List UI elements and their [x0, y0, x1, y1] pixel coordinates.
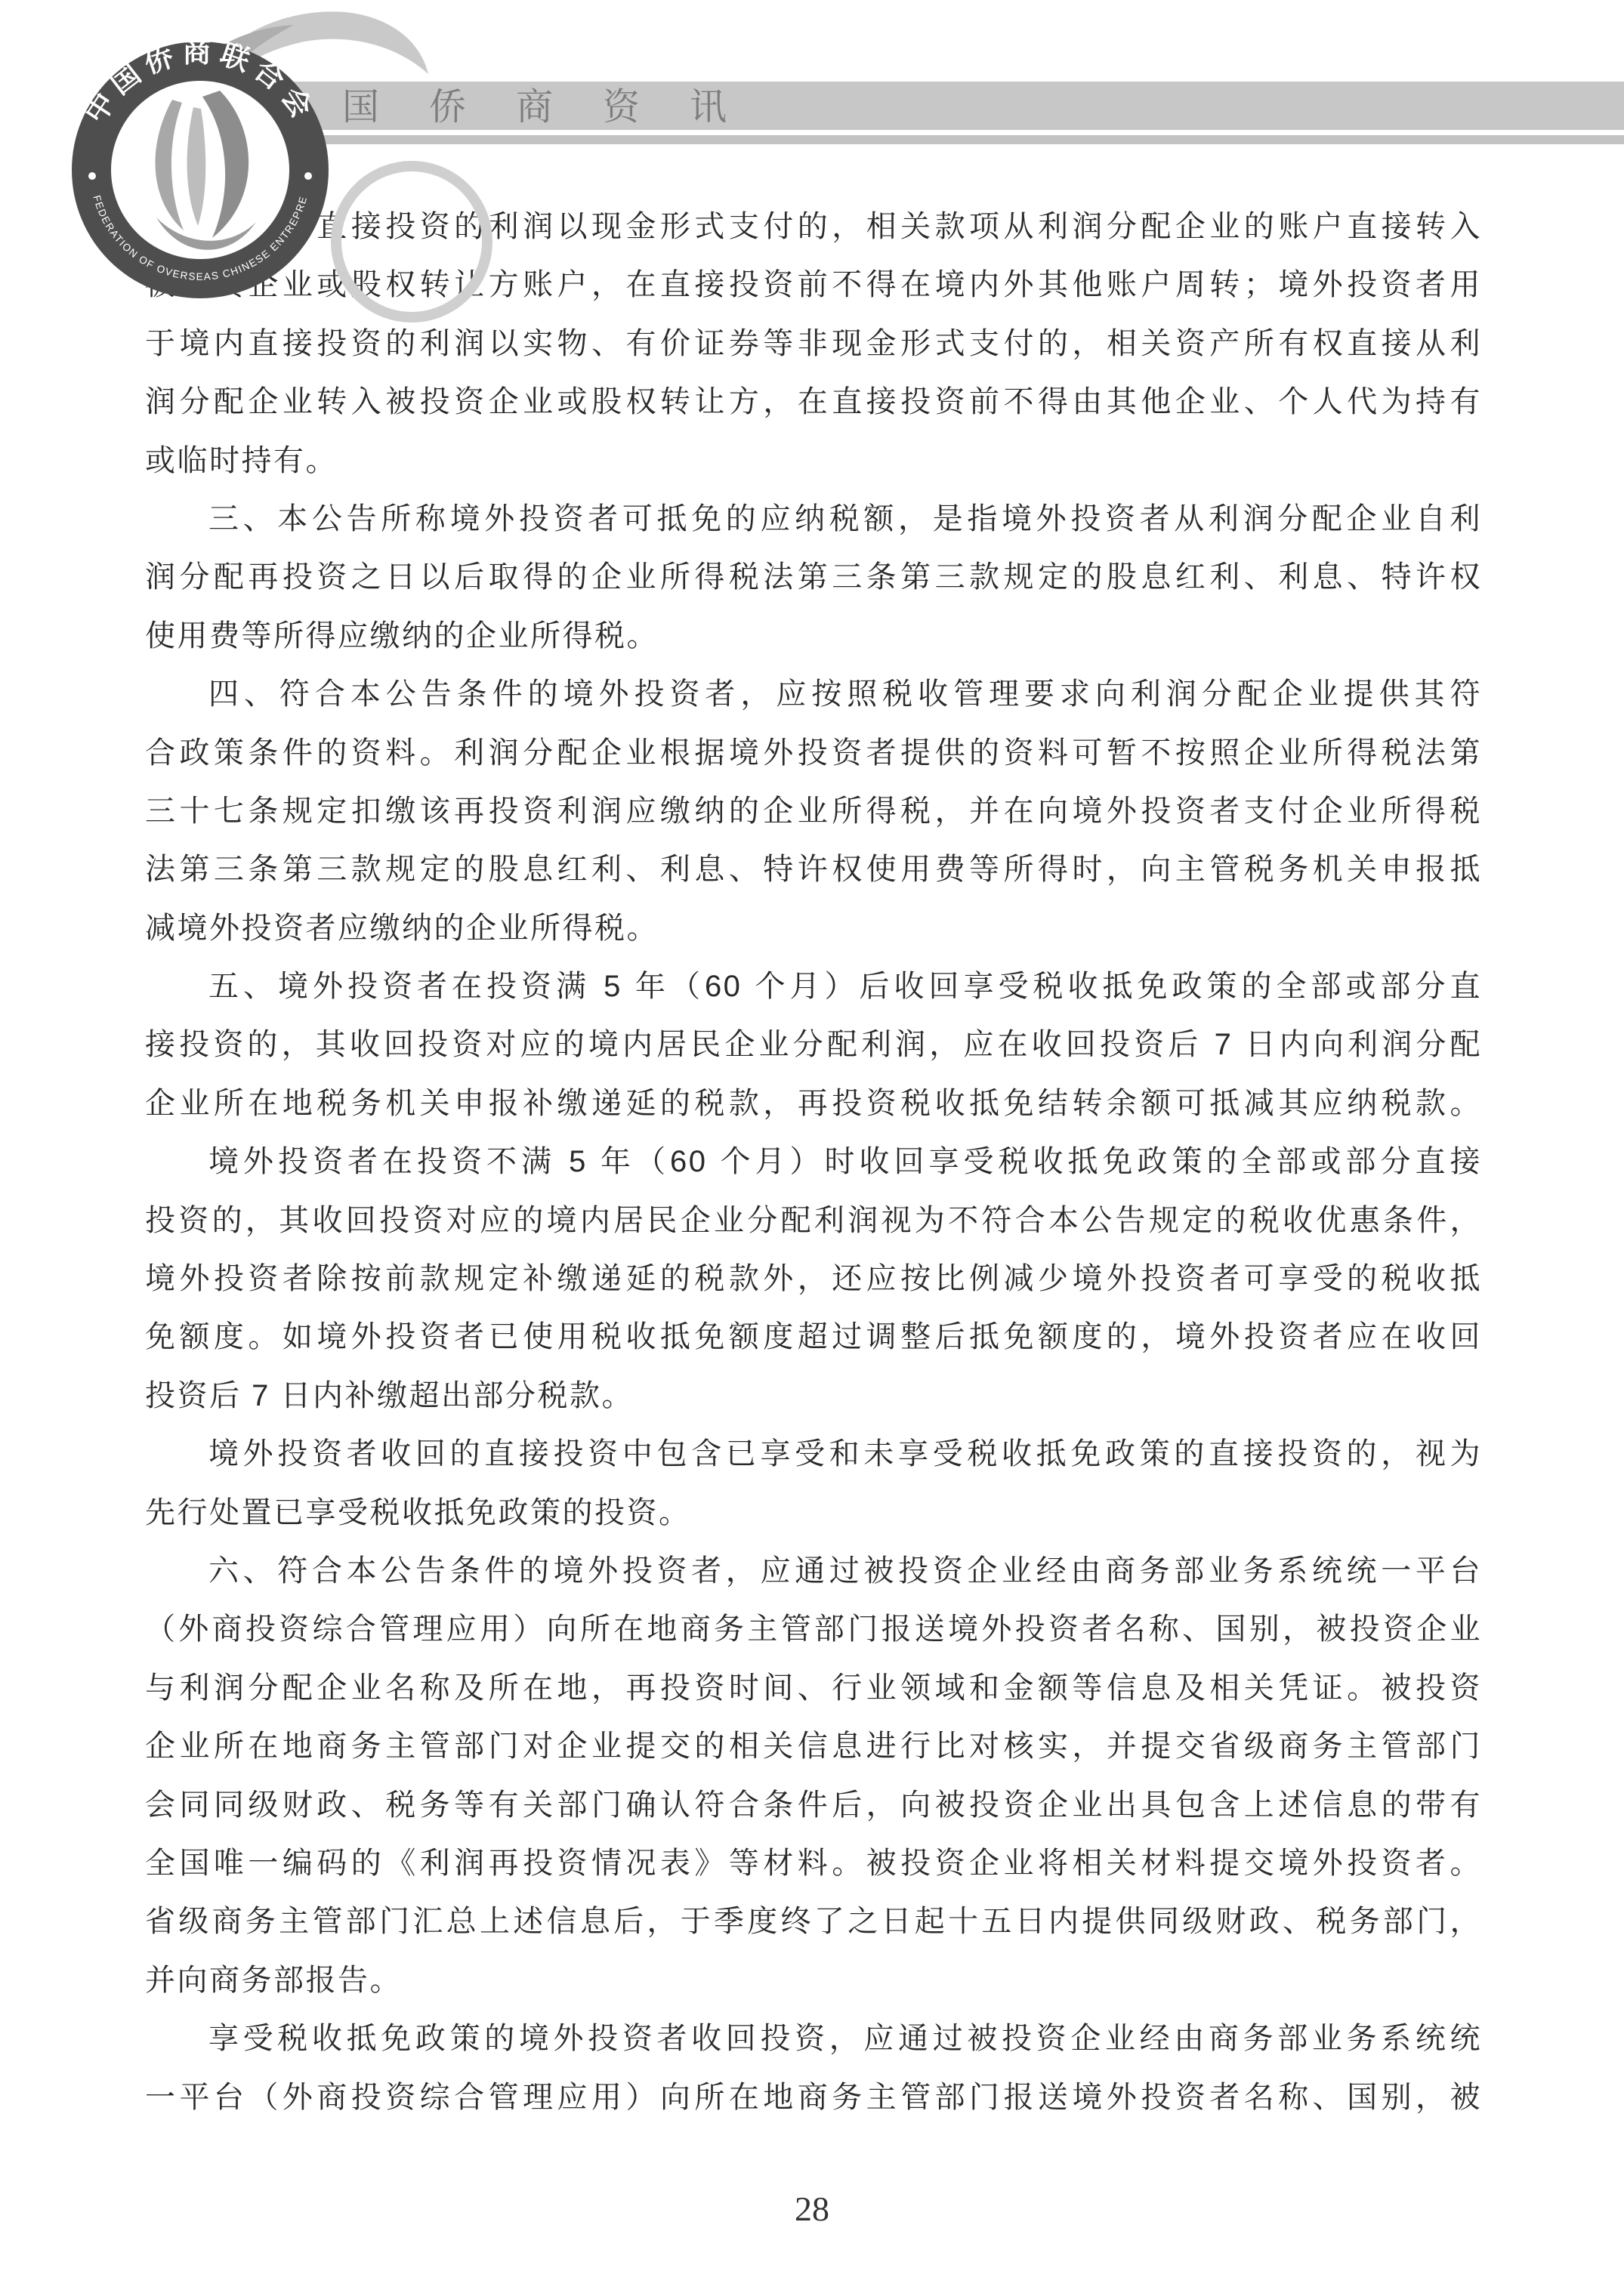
body-text: 者用于境内直接投资的利润以现金形式支付的，相关款项从利润分配企业的账户直接转入被… [145, 198, 1482, 2127]
document-page: 中国侨商资讯 中国侨商联合会 CHINA FEDERATION OF OVERS… [0, 0, 1624, 2293]
logo-dot-icon [88, 172, 96, 180]
text-line: 润分配再投资之日以后取得的企业所得税法第三条第三款规定的股息红利、利息、特许权 [145, 548, 1482, 606]
text-line: 境外投资者除按前款规定补缴递延的税款外，还应按比例减少境外投资者可享受的税收抵 [145, 1250, 1482, 1308]
text-line: 三十七条规定扣缴该再投资利润应缴纳的企业所得税，并在向境外投资者支付企业所得税 [145, 782, 1482, 841]
text-line: 五、境外投资者在投资满 5 年（60 个月）后收回享受税收抵免政策的全部或部分直 [145, 958, 1482, 1016]
text-line: 润分配企业转入被投资企业或股权转让方，在直接投资前不得由其他企业、个人代为持有 [145, 373, 1482, 431]
text-line: 与利润分配企业名称及所在地，再投资时间、行业领域和金额等信息及相关凭证。被投资 [145, 1659, 1482, 1717]
text-line: 法第三条第三款规定的股息红利、利息、特许权使用费等所得时，向主管税务机关申报抵 [145, 841, 1482, 899]
text-line: 省级商务主管部门汇总上述信息后，于季度终了之日起十五日内提供同级财政、税务部门， [145, 1893, 1482, 1951]
text-line: 一平台（外商投资综合管理应用）向所在地商务主管部门报送境外投资者名称、国别，被 [145, 2069, 1482, 2127]
text-line: 并向商务部报告。 [145, 1952, 1482, 2010]
federation-logo-icon: 中国侨商联合会 CHINA FEDERATION OF OVERSEAS CHI… [42, 0, 540, 347]
text-line: （外商投资综合管理应用）向所在地商务主管部门报送境外投资者名称、国别，被投资企业 [145, 1600, 1482, 1659]
text-line: 投资的，其收回投资对应的境内居民企业分配利润视为不符合本公告规定的税收优惠条件， [145, 1192, 1482, 1250]
text-line: 先行处置已享受税收抵免政策的投资。 [145, 1484, 1482, 1542]
text-line: 六、符合本公告条件的境外投资者，应通过被投资企业经由商务部业务系统统一平台 [145, 1542, 1482, 1600]
text-line: 四、符合本公告条件的境外投资者，应按照税收管理要求向利润分配企业提供其符 [145, 665, 1482, 724]
text-line: 接投资的，其收回投资对应的境内居民企业分配利润，应在收回投资后 7 日内向利润分… [145, 1016, 1482, 1074]
text-line: 或临时持有。 [145, 432, 1482, 490]
text-line: 境外投资者在投资不满 5 年（60 个月）时收回享受税收抵免政策的全部或部分直接 [145, 1133, 1482, 1191]
decorative-ring-icon [336, 166, 487, 317]
text-line: 企业所在地税务机关申报补缴递延的税款，再投资税收抵免结转余额可抵减其应纳税款。 [145, 1075, 1482, 1133]
text-line: 合政策条件的资料。利润分配企业根据境外投资者提供的资料可暂不按照企业所得税法第 [145, 724, 1482, 782]
text-line: 企业所在地商务主管部门对企业提交的相关信息进行比对核实，并提交省级商务主管部门 [145, 1717, 1482, 1776]
text-line: 境外投资者收回的直接投资中包含已享受和未享受税收抵免政策的直接投资的，视为 [145, 1425, 1482, 1483]
page-number: 28 [0, 2189, 1624, 2234]
text-line: 全国唯一编码的《利润再投资情况表》等材料。被投资企业将相关材料提交境外投资者。 [145, 1835, 1482, 1893]
text-line: 会同同级财政、税务等有关部门确认符合条件后，向被投资企业出具包含上述信息的带有 [145, 1776, 1482, 1835]
text-line: 三、本公告所称境外投资者可抵免的应纳税额，是指境外投资者从利润分配企业自利 [145, 490, 1482, 548]
text-line: 享受税收抵免政策的境外投资者收回投资，应通过被投资企业经由商务部业务系统统 [145, 2010, 1482, 2068]
text-line: 减境外投资者应缴纳的企业所得税。 [145, 900, 1482, 958]
logo-dot-icon [304, 172, 312, 180]
text-line: 免额度。如境外投资者已使用税收抵免额度超过调整后抵免额度的，境外投资者应在收回 [145, 1308, 1482, 1366]
text-line: 投资后 7 日内补缴超出部分税款。 [145, 1367, 1482, 1425]
text-line: 使用费等所得应缴纳的企业所得税。 [145, 607, 1482, 665]
